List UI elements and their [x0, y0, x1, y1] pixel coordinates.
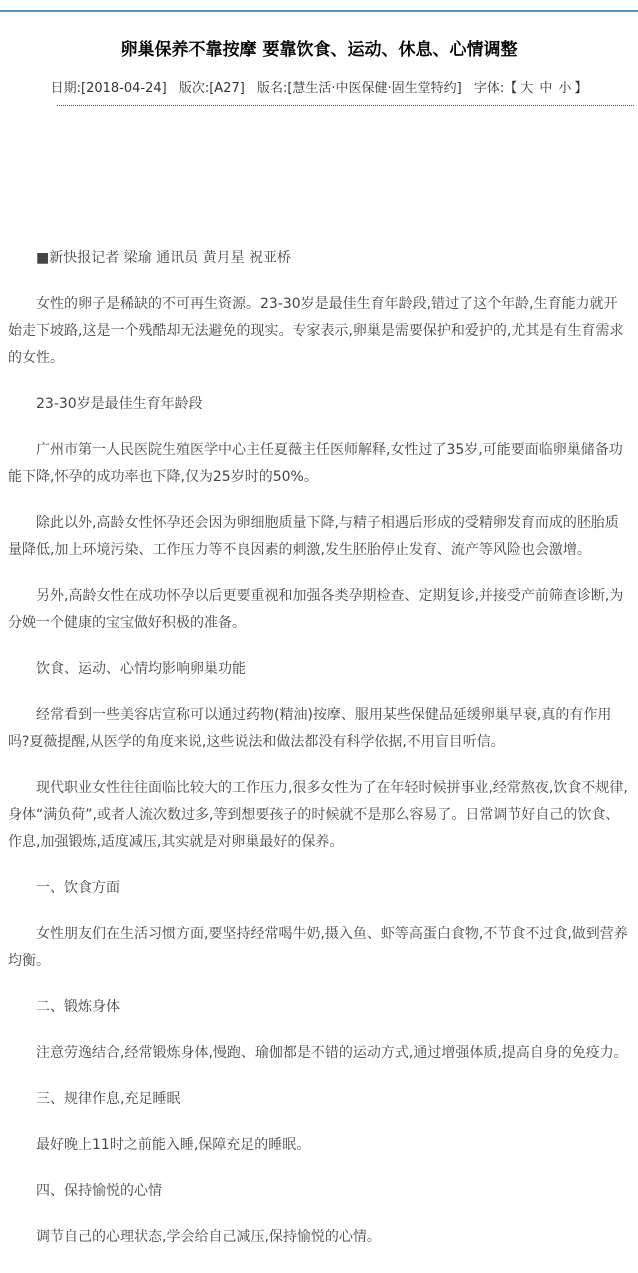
article-paragraph: 注意劳逸结合,经常锻炼身体,慢跑、瑜伽都是不错的运动方式,通过增强体质,提高自身… [8, 1040, 630, 1067]
meta-edition: 版次:[A27] [179, 81, 245, 96]
page-title: 卵巢保养不靠按摩 要靠饮食、运动、休息、心情调整 [0, 39, 638, 61]
font-bracket-close: 】 [574, 81, 587, 96]
font-label-text: 字体: [474, 81, 504, 96]
article-paragraph: 除此以外,高龄女性怀孕还会因为卵细胞质量下降,与精子相遇后形成的受精卵发育而成的… [8, 510, 630, 564]
font-size-medium-button[interactable]: 中 [539, 81, 552, 96]
section-heading: 四、保持愉悦的心情 [8, 1178, 630, 1205]
article-paragraph: 现代职业女性往往面临比较大的工作压力,很多女性为了在年轻时候拼事业,经常熬夜,饮… [8, 775, 630, 856]
section-heading: 二、锻炼身体 [8, 994, 630, 1021]
section-heading: 23-30岁是最佳生育年龄段 [8, 391, 630, 418]
top-accent-line [0, 10, 638, 12]
article-byline: ■新快报记者 梁瑜 通讯员 黄月星 祝亚桥 [8, 245, 630, 272]
article-paragraph: 另外,高龄女性在成功怀孕以后更要重视和加强各类孕期检查、定期复诊,并接受产前筛查… [8, 583, 630, 637]
blank-gap [0, 106, 638, 245]
article-paragraph: 女性的卵子是稀缺的不可再生资源。23-30岁是最佳生育年龄段,错过了这个年龄,生… [8, 291, 630, 372]
article-paragraph: 最好晚上11时之前能入睡,保障充足的睡眠。 [8, 1132, 630, 1159]
section-heading: 饮食、运动、心情均影响卵巢功能 [8, 656, 630, 683]
meta-section: 版名:[慧生活·中医保健·固生堂特约] [257, 81, 462, 96]
article-meta: 日期:[2018-04-24] 版次:[A27] 版名:[慧生活·中医保健·固生… [0, 81, 638, 97]
article-paragraph: 女性朋友们在生活习惯方面,要坚持经常喝牛奶,摄入鱼、虾等高蛋白食物,不节食不过食… [8, 921, 630, 975]
font-bracket-open: 【 [504, 81, 517, 96]
font-size-large-button[interactable]: 大 [520, 81, 533, 96]
article-paragraph: 经常看到一些美容店宣称可以通过药物(精油)按摩、服用某些保健品延缓卵巢早衰,真的… [8, 702, 630, 756]
article-paragraph: 调节自己的心理状态,学会给自己减压,保持愉悦的心情。 [8, 1224, 630, 1251]
section-heading: 三、规律作息,充足睡眠 [8, 1086, 630, 1113]
article-body: ■新快报记者 梁瑜 通讯员 黄月星 祝亚桥女性的卵子是稀缺的不可再生资源。23-… [0, 245, 638, 1251]
section-heading: 一、饮食方面 [8, 875, 630, 902]
meta-date: 日期:[2018-04-24] [51, 81, 167, 96]
meta-font-label: 字体:【大中小】 [474, 81, 587, 96]
article-page: 卵巢保养不靠按摩 要靠饮食、运动、休息、心情调整 日期:[2018-04-24]… [0, 0, 638, 1273]
font-size-small-button[interactable]: 小 [558, 81, 571, 96]
article-paragraph: 广州市第一人民医院生殖医学中心主任夏薇主任医师解释,女性过了35岁,可能要面临卵… [8, 437, 630, 491]
